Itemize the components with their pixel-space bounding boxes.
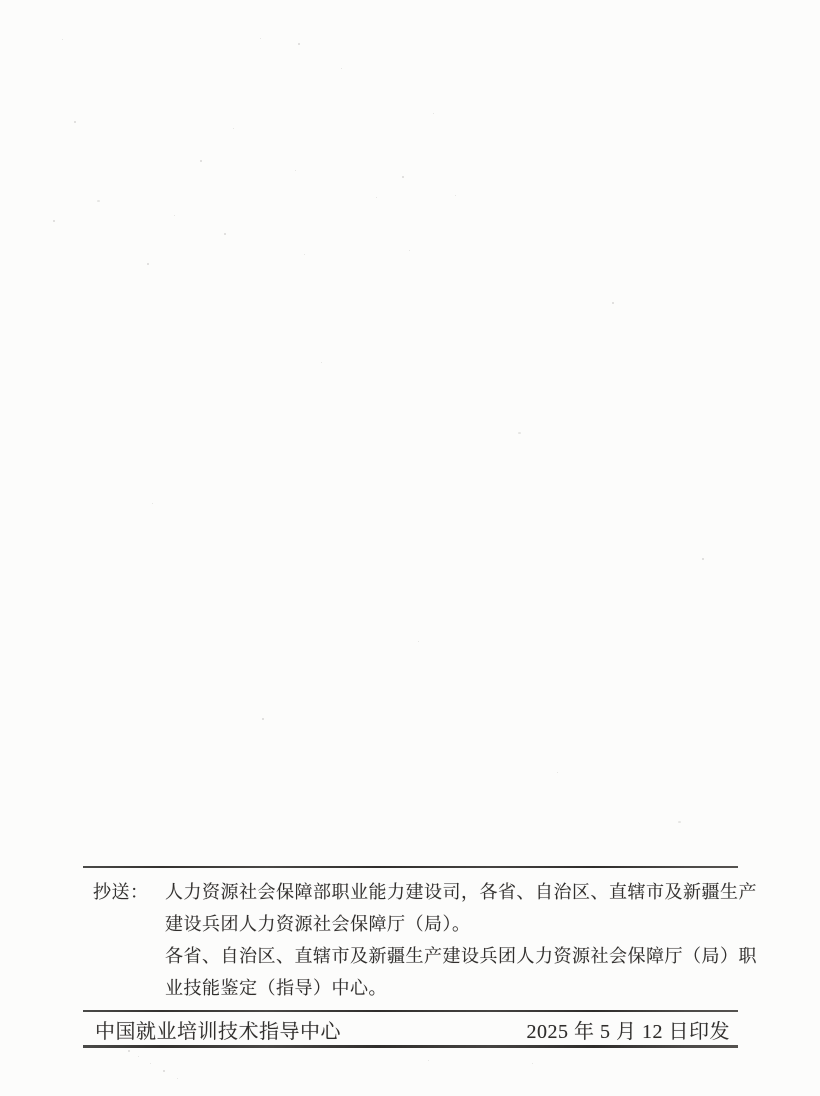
cc-body: 人力资源社会保障部职业能力建设司，各省、自治区、直辖市及新疆生产 建设兵团人力资… — [165, 876, 757, 1008]
cc-label: 抄送： — [93, 876, 165, 1008]
cc-line-4: 业技能鉴定（指导）中心。 — [165, 972, 757, 1004]
divider-bottom — [83, 1045, 738, 1048]
cc-section: 抄送： 人力资源社会保障部职业能力建设司，各省、自治区、直辖市及新疆生产 建设兵… — [83, 868, 738, 1008]
scanned-document-page: 抄送： 人力资源社会保障部职业能力建设司，各省、自治区、直辖市及新疆生产 建设兵… — [0, 0, 820, 1096]
cc-line-3: 各省、自治区、直辖市及新疆生产建设兵团人力资源社会保障厅（局）职 — [165, 940, 757, 972]
print-date: 2025 年 5 月 12 日印发 — [527, 1015, 731, 1044]
issuing-office: 中国就业培训技术指导中心 — [95, 1015, 341, 1044]
cc-line-2: 建设兵团人力资源社会保障厅（局）。 — [165, 908, 757, 940]
document-colophon: 抄送： 人力资源社会保障部职业能力建设司，各省、自治区、直辖市及新疆生产 建设兵… — [83, 866, 738, 1048]
footer-row: 中国就业培训技术指导中心 2025 年 5 月 12 日印发 — [83, 1012, 738, 1045]
cc-line-1: 人力资源社会保障部职业能力建设司，各省、自治区、直辖市及新疆生产 — [165, 876, 757, 908]
